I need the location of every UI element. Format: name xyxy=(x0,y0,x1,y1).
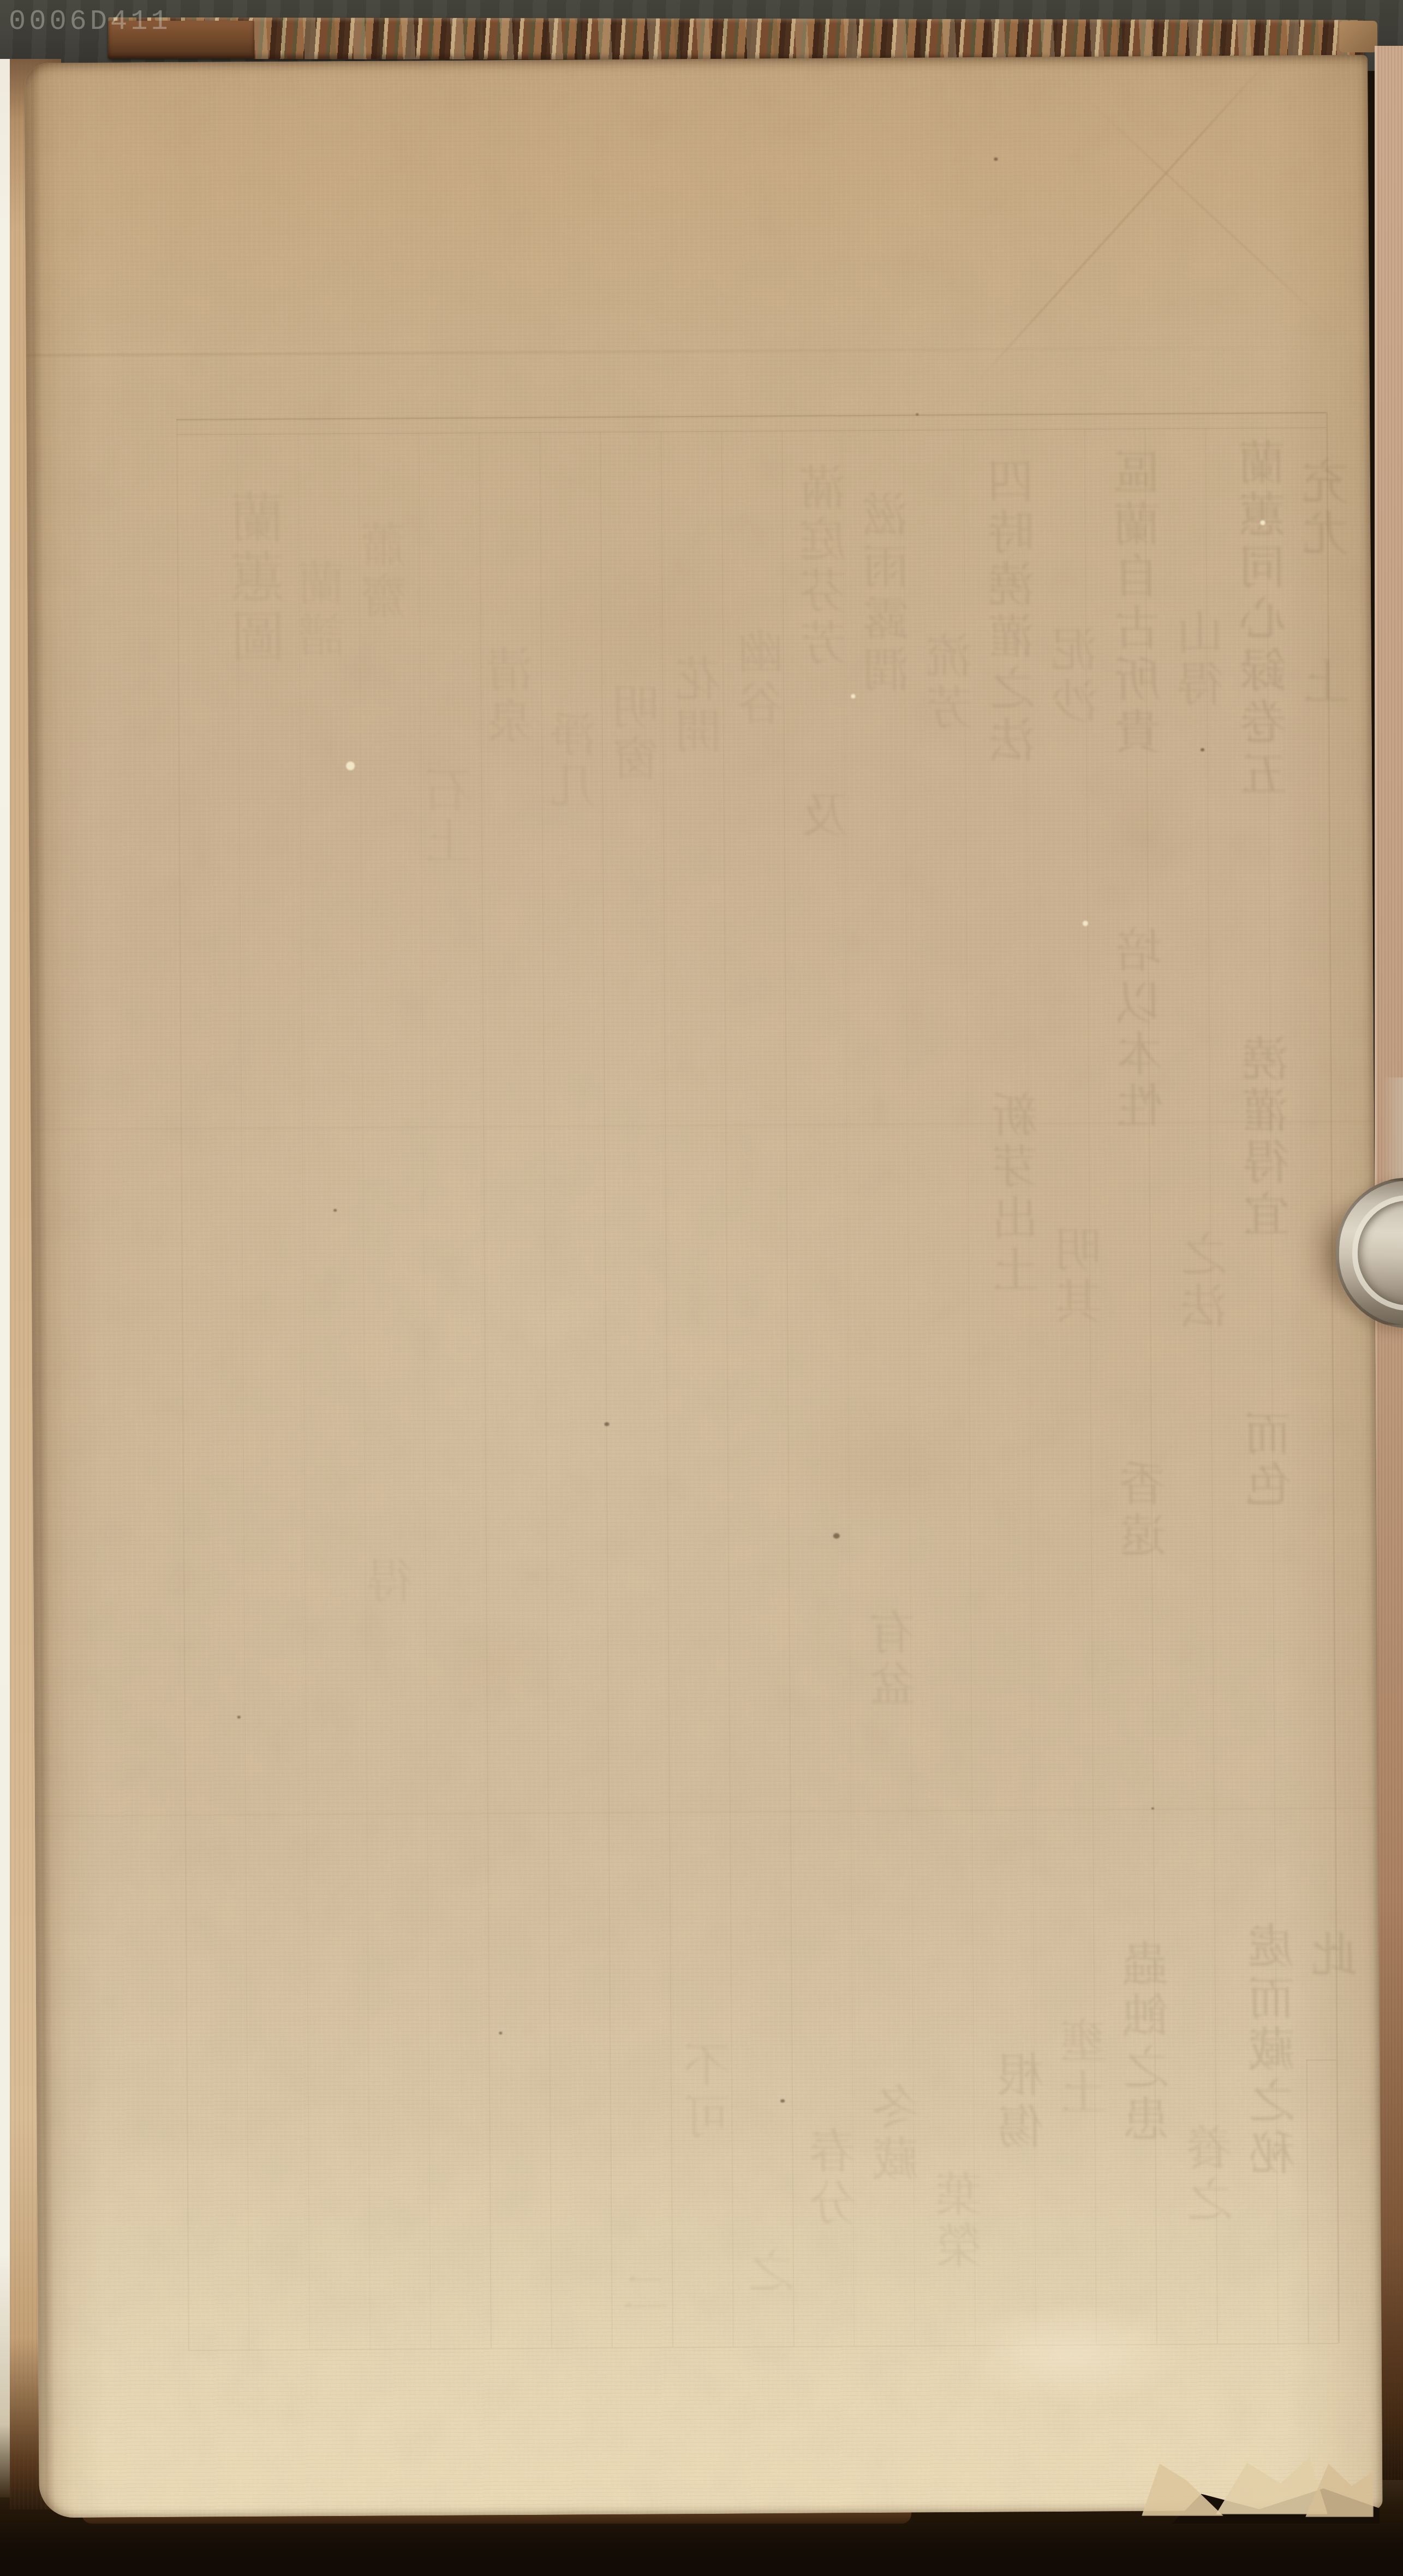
clip-inner-loop xyxy=(1351,1194,1403,1311)
paper-grain-texture xyxy=(24,55,1382,2518)
marbled-cover-edge xyxy=(108,17,1364,62)
scanned-book-photo: 0006D411 充尤上此蘭蕙同心録卷五澆灌得宜而色處而藏之秘山得之法養之區蘭自… xyxy=(0,0,1403,2576)
blank-verso-page: 充尤上此蘭蕙同心録卷五澆灌得宜而色處而藏之秘山得之法養之區蘭自古所貴培以本性香遠… xyxy=(24,55,1382,2518)
clip-arm xyxy=(1382,1077,1403,1181)
scan-margin-strip xyxy=(0,59,11,2497)
cover-corner xyxy=(1339,21,1377,52)
scan-id-label: 0006D411 xyxy=(9,5,171,38)
